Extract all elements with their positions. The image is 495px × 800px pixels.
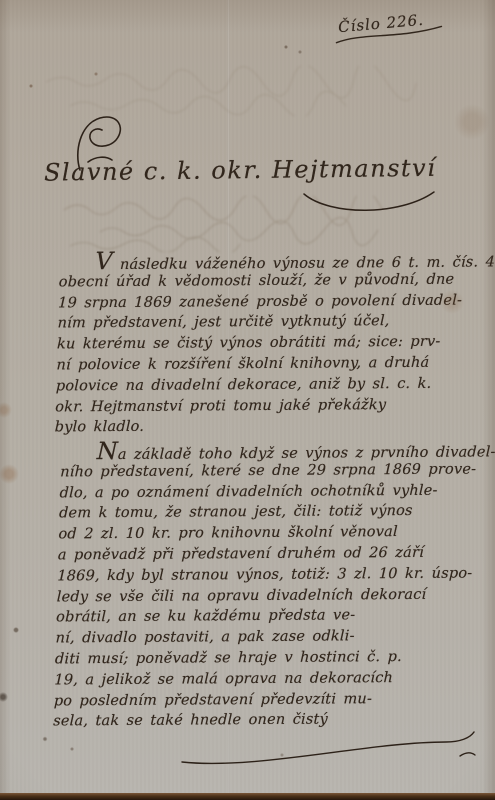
handwritten-line: 1869, kdy byl stranou výnos, totiž: 3 zl… — [57, 563, 458, 587]
handwritten-line: ní polovice k rozšíření školní knihovny,… — [56, 353, 457, 377]
handwritten-line: V následku váženého výnosu ze dne 6 t. m… — [59, 249, 460, 273]
handwritten-line: dem k tomu, že stranou jest, čili: totiž… — [59, 501, 460, 525]
scan-edge — [0, 793, 495, 800]
handwritten-line: okr. Hejtmanství proti tomu jaké překážk… — [55, 394, 456, 418]
salutation-heading: Slavné c. k. okr. Hejtmanství — [44, 153, 464, 186]
body-paragraph-2: Na základě toho když se výnos z prvního … — [53, 439, 461, 733]
handwritten-line: od 2 zl. 10 kr. pro knihovnu školní věno… — [58, 522, 459, 546]
closing-flourish — [178, 728, 478, 770]
salutation-swash-flourish — [300, 190, 440, 216]
handwritten-line: bylo kladlo. — [54, 415, 455, 439]
handwritten-line: polovice na divadelní dekorace, aniž by … — [56, 373, 457, 397]
handwritten-line: ledy se vše čili na opravu divadelních d… — [56, 584, 457, 608]
handwritten-line: obecní úřad k vědomosti slouží, že v pův… — [58, 269, 459, 293]
handwritten-line: diti musí; poněvadž se hraje v hostinci … — [55, 647, 456, 671]
body-paragraph-1: V následku váženého výnosu ze dne 6 t. m… — [54, 249, 459, 439]
handwritten-line: ní, divadlo postaviti, a pak zase odkli- — [55, 626, 456, 650]
handwritten-line: 19, a jelikož se malá oprava na dekorací… — [54, 667, 455, 691]
handwritten-line: a poněvadž při představení druhém od 26 … — [58, 543, 459, 567]
ink-bleedthrough-marks — [40, 66, 460, 116]
handwritten-line: dlo, a po oznámení divadelních ochotníků… — [59, 480, 460, 504]
handwritten-line: Na základě toho když se výnos z prvního … — [60, 439, 461, 463]
handwritten-line: ku kterému se čistý výnos obrátiti má; s… — [57, 332, 458, 356]
handwritten-line: obrátil, an se ku každému předsta ve- — [56, 605, 457, 629]
handwritten-line: 19 srpna 1869 zanešené prosbě o povolení… — [58, 290, 459, 314]
handwritten-line: ního představení, které se dne 29 srpna … — [60, 459, 461, 483]
letter-page: Číslo 226. Slavné c. k. okr. Hejtmanství… — [0, 0, 495, 800]
handwritten-line: ním představení, jest určitě vytknutý úč… — [57, 311, 458, 335]
handwritten-line: po posledním představení předevzíti mu- — [54, 688, 455, 712]
